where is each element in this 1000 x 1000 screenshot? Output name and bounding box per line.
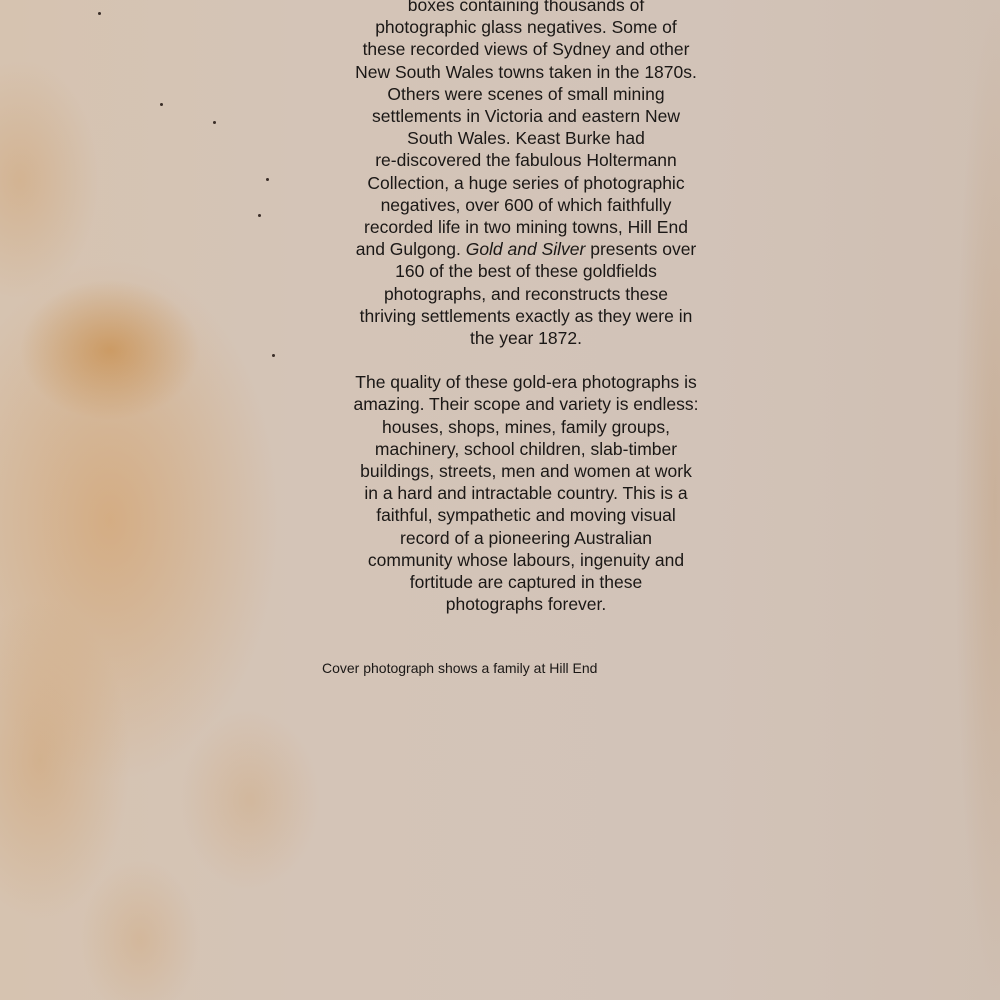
cover-photo-caption: Cover photograph shows a family at Hill … xyxy=(322,660,597,676)
blurb-line-with-title: and Gulgong. Gold and Silver presents ov… xyxy=(318,238,734,260)
blurb-line: 160 of the best of these goldfields xyxy=(318,260,734,282)
blurb-line: in a hard and intractable country. This … xyxy=(318,482,734,504)
blurb-line: boxes containing thousands of xyxy=(318,0,734,16)
blurb-text: and Gulgong. xyxy=(356,239,461,259)
paper-speck xyxy=(272,354,275,357)
blurb-line: photographs forever. xyxy=(318,593,734,615)
blurb-line: photographs, and reconstructs these xyxy=(318,283,734,305)
blurb-line: New South Wales towns taken in the 1870s… xyxy=(318,61,734,83)
blurb-line: The quality of these gold-era photograph… xyxy=(318,371,734,393)
paper-speck xyxy=(213,121,216,124)
paper-speck xyxy=(98,12,101,15)
blurb-line: these recorded views of Sydney and other xyxy=(318,38,734,60)
blurb-line: record of a pioneering Australian xyxy=(318,527,734,549)
blurb-line: Others were scenes of small mining xyxy=(318,83,734,105)
blurb-paragraph-1: boxes containing thousands of photograph… xyxy=(318,0,734,349)
blurb-line: faithful, sympathetic and moving visual xyxy=(318,504,734,526)
blurb-paragraph-2: The quality of these gold-era photograph… xyxy=(318,371,734,615)
blurb-line: Collection, a huge series of photographi… xyxy=(318,172,734,194)
blurb-line: settlements in Victoria and eastern New xyxy=(318,105,734,127)
blurb-line: re-discovered the fabulous Holtermann xyxy=(318,149,734,171)
blurb-line: photographic glass negatives. Some of xyxy=(318,16,734,38)
blurb-line: thriving settlements exactly as they wer… xyxy=(318,305,734,327)
blurb-line: amazing. Their scope and variety is endl… xyxy=(318,393,734,415)
book-title: Gold and Silver xyxy=(466,239,586,259)
blurb-line: recorded life in two mining towns, Hill … xyxy=(318,216,734,238)
blurb-line: South Wales. Keast Burke had xyxy=(318,127,734,149)
blurb-line: houses, shops, mines, family groups, xyxy=(318,416,734,438)
paper-speck xyxy=(258,214,261,217)
blurb-line: community whose labours, ingenuity and xyxy=(318,549,734,571)
blurb-line: machinery, school children, slab-timber xyxy=(318,438,734,460)
paper-speck xyxy=(160,103,163,106)
blurb-line: fortitude are captured in these xyxy=(318,571,734,593)
blurb-text: presents over xyxy=(590,239,696,259)
paper-speck xyxy=(266,178,269,181)
blurb-line: the year 1872. xyxy=(318,327,734,349)
blurb-line: buildings, streets, men and women at wor… xyxy=(318,460,734,482)
blurb-line: negatives, over 600 of which faithfully xyxy=(318,194,734,216)
back-cover-blurb: boxes containing thousands of photograph… xyxy=(318,0,734,615)
